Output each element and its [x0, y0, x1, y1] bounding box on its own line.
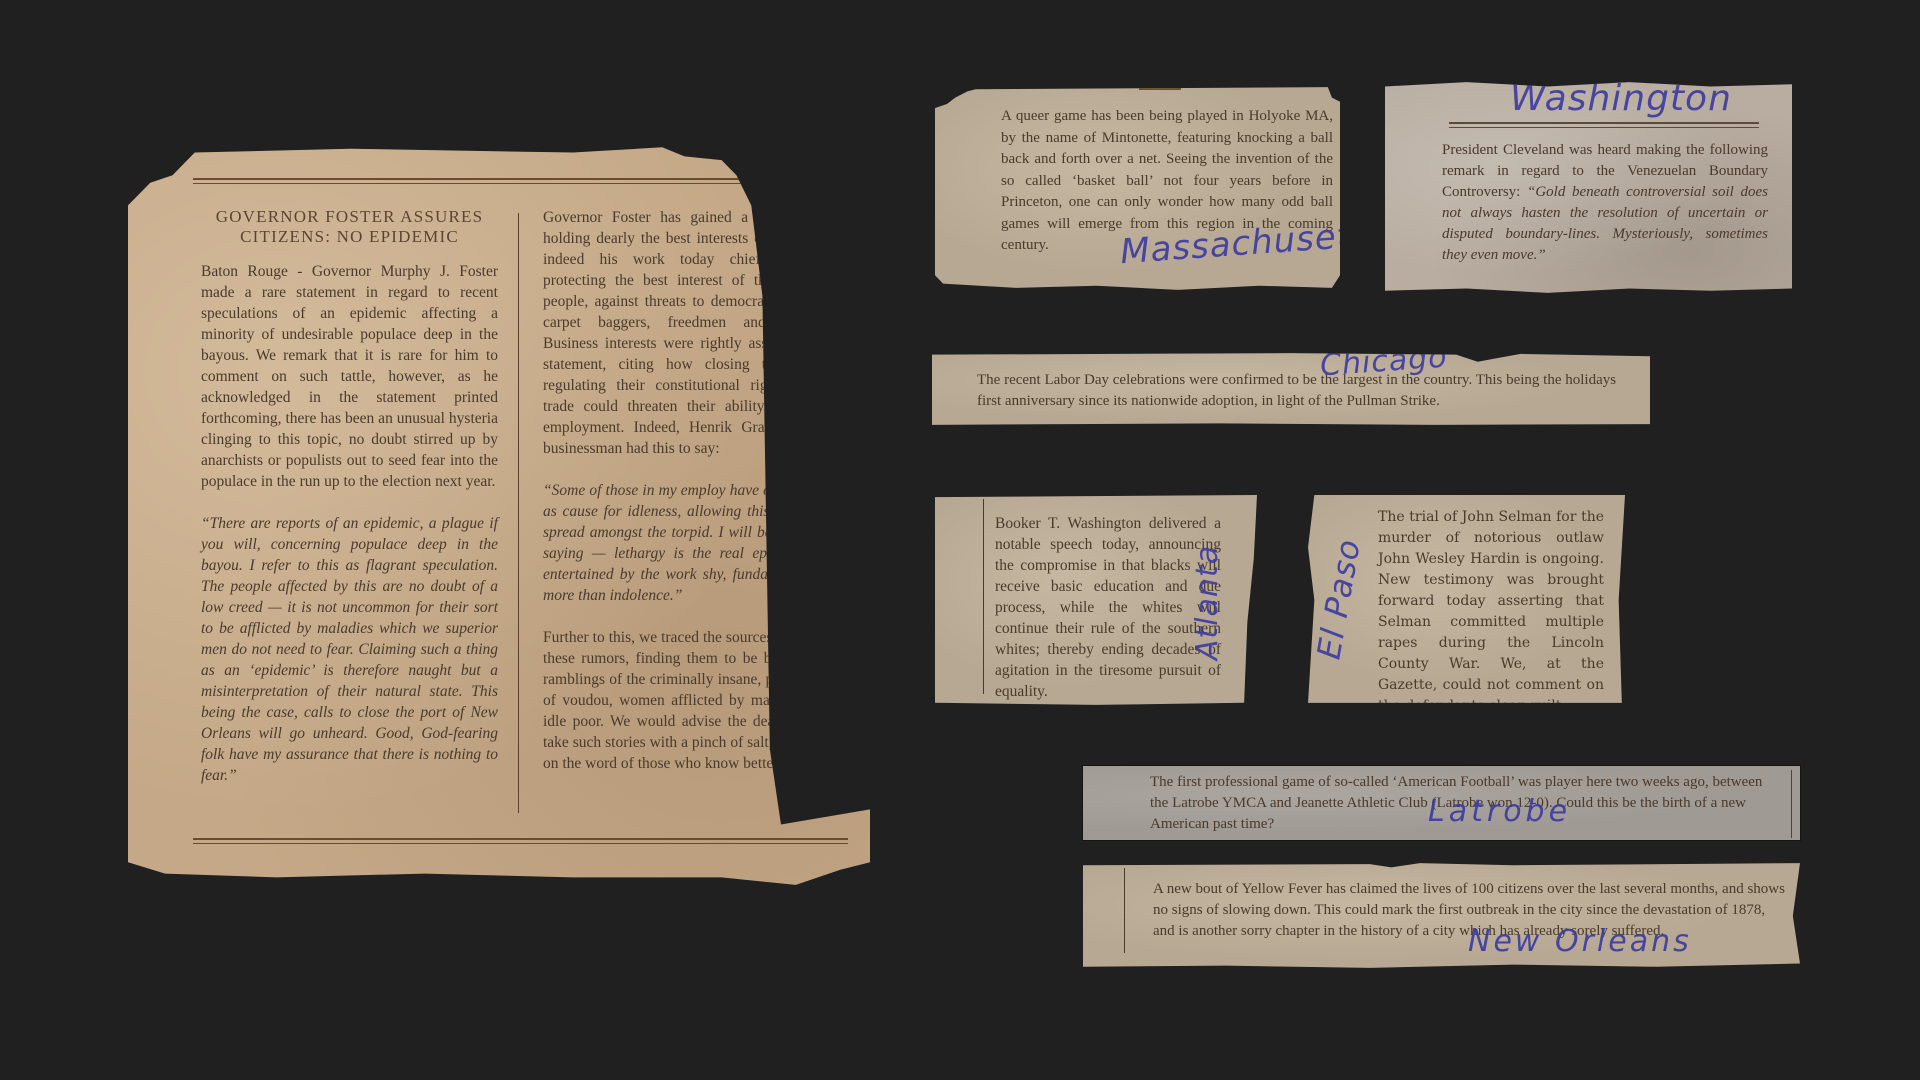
- column-divider: [518, 213, 519, 813]
- top-double-rule: [193, 178, 848, 184]
- top-rule: [1139, 88, 1181, 90]
- article-headline: Governor Foster Assures Citizens: No Epi…: [201, 207, 498, 247]
- clipping-new-orleans: A new bout of Yellow Fever has claimed t…: [1083, 862, 1800, 970]
- column-rule: [1124, 868, 1125, 953]
- edge-rule: [1791, 770, 1792, 838]
- handwritten-label: El Paso: [1309, 536, 1368, 662]
- handwritten-label: New Orleans: [1468, 924, 1692, 959]
- businessman-quote: “Some of those in my employ have cited m…: [543, 480, 843, 606]
- article-paragraph: Baton Rouge - Governor Murphy J. Foster …: [201, 261, 498, 492]
- clipping-text: The trial of John Selman for the murder …: [1378, 507, 1604, 717]
- clipping-text: Booker T. Washington delivered a notable…: [995, 513, 1221, 702]
- governor-quote: “There are reports of an epidemic, a pla…: [201, 513, 498, 786]
- clipping-washington: Washington President Cleveland was heard…: [1385, 80, 1792, 295]
- headline-line-2: Citizens: No Epidemic: [201, 227, 498, 247]
- clipping-chicago: The recent Labor Day celebrations were c…: [932, 350, 1650, 428]
- clipping-el-paso: The trial of John Selman for the murder …: [1308, 495, 1625, 705]
- article-right-column: Governor Foster has gained a reputation …: [543, 207, 843, 795]
- clipping-latrobe: The first professional game of so-called…: [1083, 766, 1800, 840]
- clipping-massachusetts: A queer game has been being played in Ho…: [935, 83, 1340, 292]
- handwritten-label: Washington: [1510, 78, 1732, 119]
- header-rule: [1449, 122, 1759, 128]
- article-paragraph: Governor Foster has gained a reputation …: [543, 207, 843, 459]
- article-paragraph: Further to this, we traced the sources o…: [543, 627, 843, 774]
- handwritten-label: Latrobe: [1428, 794, 1571, 829]
- clipping-text: President Cleveland was heard making the…: [1442, 140, 1768, 266]
- main-newspaper-article: Governor Foster Assures Citizens: No Epi…: [128, 145, 870, 900]
- column-rule: [983, 499, 984, 694]
- article-left-column: Governor Foster Assures Citizens: No Epi…: [201, 207, 498, 807]
- clipping-text: The recent Labor Day celebrations were c…: [977, 370, 1617, 412]
- headline-line-1: Governor Foster Assures: [201, 207, 498, 227]
- handwritten-label: Atlanta: [1190, 545, 1225, 660]
- bottom-double-rule: [193, 838, 848, 844]
- clipping-atlanta: Booker T. Washington delivered a notable…: [935, 495, 1257, 707]
